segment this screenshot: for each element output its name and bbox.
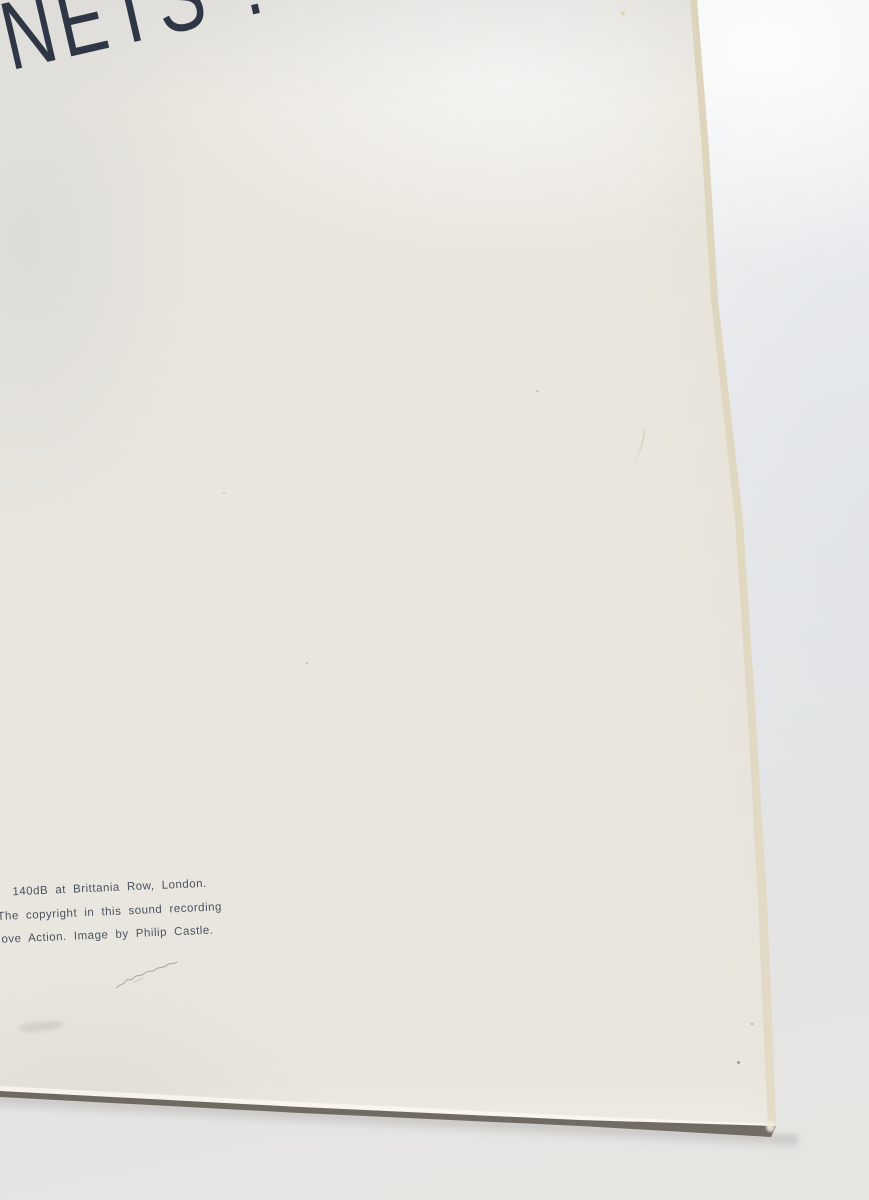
paper-speck bbox=[751, 1023, 753, 1025]
sleeve-title-text-cropped: NETS ? bbox=[0, 0, 285, 85]
paper-speck bbox=[223, 492, 225, 494]
paper-speck bbox=[621, 12, 625, 15]
pencil-scribble-mark bbox=[110, 958, 183, 995]
photo-record-sleeve-corner: NETS ? 140dB at Brittania Row, London. T… bbox=[0, 0, 869, 1200]
paper-scratch bbox=[626, 427, 646, 463]
faint-smudge bbox=[18, 1020, 65, 1034]
paper-speck bbox=[306, 662, 308, 664]
paper-speck bbox=[536, 390, 539, 392]
paper-speck bbox=[737, 1061, 740, 1064]
worn-corner-spot bbox=[766, 1120, 775, 1132]
credits-block: 140dB at Brittania Row, London. The copy… bbox=[0, 872, 223, 952]
